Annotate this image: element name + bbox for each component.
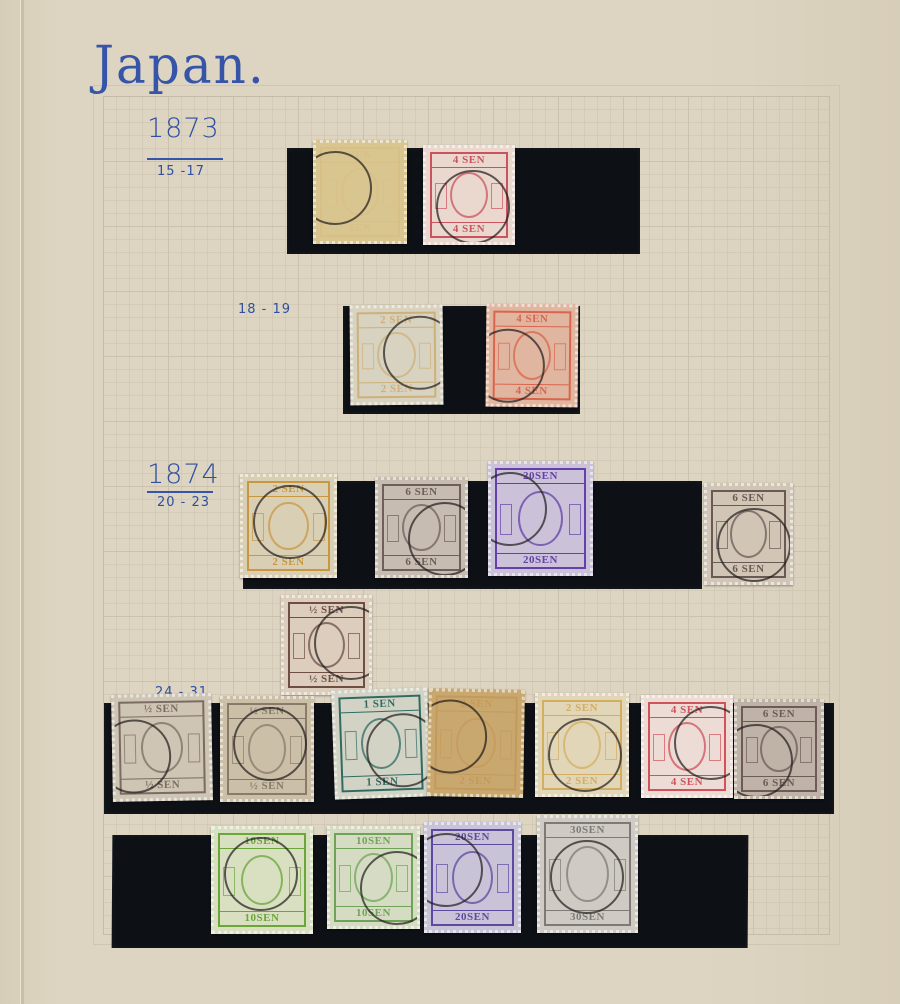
stamp-design: ½ SEN½ SEN [118, 700, 206, 794]
stamp-center-oval [241, 855, 284, 906]
stamp-design: 2 SEN2 SEN [357, 312, 437, 399]
stamp-denomination: 4 SEN [432, 222, 506, 236]
stamp: 10SEN10SEN [211, 826, 313, 934]
stamp-side-panel [605, 732, 617, 760]
stamp-design: 6 SEN6 SEN [711, 490, 786, 578]
stamp: 10SEN10SEN [327, 826, 420, 929]
stamp-denomination: 2 SEN [249, 483, 328, 497]
stamp-side-panel [497, 864, 509, 894]
stamp-side-panel [569, 504, 581, 535]
stamp: 20SEN20SEN [424, 822, 521, 933]
stamp-side-panel [345, 731, 358, 761]
stamp: 2 SEN2 SEN [350, 305, 444, 406]
stamp-design: 1 SEN1 SEN [338, 695, 423, 793]
stamp-denomination: 2 SEN [544, 774, 620, 788]
stamp-design: 2 SEN2 SEN [247, 481, 330, 571]
stamp-denomination: 1 SEN [340, 697, 418, 714]
stamp-denomination: 20SEN [433, 910, 512, 924]
stamp-denomination: 6 SEN [384, 486, 459, 500]
stamp-denomination: 2 SEN [436, 773, 514, 788]
stamp: 4 SEN4 SEN [486, 304, 579, 408]
stamp-denomination: ½ SEN [229, 779, 305, 793]
stamp-side-panel [435, 183, 447, 210]
stamp-center-oval [566, 846, 608, 902]
stamp-denomination: 4 SEN [495, 313, 569, 328]
stamp-side-panel [339, 865, 351, 893]
stamp-design: ½ SEN½ SEN [227, 703, 307, 795]
stamp-denomination: 20SEN [497, 470, 584, 484]
stamp-design: 10SEN10SEN [334, 833, 413, 922]
stamp: SENSEN [313, 140, 407, 244]
stamp-center-oval [760, 726, 797, 773]
stamp-denomination: 2 SEN [359, 382, 434, 397]
stamp-side-panel [289, 867, 301, 896]
stamp-denomination: 20SEN [497, 553, 584, 567]
stamp-denomination: 4 SEN [495, 384, 569, 399]
stamp-design: 10SEN10SEN [218, 833, 306, 927]
stamp-center-oval [402, 504, 441, 551]
stamp-side-panel [290, 736, 302, 764]
stamp: 20SEN20SEN [488, 461, 593, 576]
stamp-side-panel [252, 513, 264, 541]
stamp-side-panel [746, 737, 758, 764]
stamp-side-panel [800, 737, 812, 764]
stamp-side-panel [500, 504, 512, 535]
stamp: 1 SEN1 SEN [331, 687, 431, 799]
stamp-side-panel [653, 734, 665, 762]
stamp-design: 4 SEN4 SEN [493, 311, 572, 401]
stamp-side-panel [325, 179, 337, 207]
stamp-side-panel [498, 342, 510, 370]
stamp: 4 SEN4 SEN [641, 695, 733, 798]
section-year-1874: 1874 [147, 459, 220, 490]
stamp-design: 20SEN20SEN [495, 468, 586, 569]
catalogue-range: 20 - 23 [157, 495, 210, 510]
stamp-denomination: 30SEN [546, 824, 629, 838]
stamp-center-oval [341, 168, 380, 217]
stamp-side-panel [444, 515, 456, 542]
stamp-denomination: 4 SEN [432, 154, 506, 168]
stamp-center-oval [308, 622, 346, 669]
stamp-denomination: 2 SEN [249, 555, 328, 569]
stamp-side-panel [716, 521, 728, 548]
stamp-side-panel [362, 343, 374, 370]
stamp: 6 SEN6 SEN [375, 477, 468, 578]
stamp-denomination: 6 SEN [384, 555, 459, 569]
stamp-denomination: 6 SEN [743, 708, 815, 722]
stamp-center-oval [354, 853, 393, 901]
stamp: 2 SEN2 SEN [535, 693, 629, 797]
stamp-denomination: 10SEN [336, 906, 411, 920]
stamp: 6 SEN6 SEN [734, 699, 824, 799]
stamp-center-oval [450, 172, 488, 219]
stamp-design: 4 SEN4 SEN [430, 152, 508, 238]
stamp-center-oval [360, 717, 402, 770]
stamp-center-oval [518, 491, 562, 545]
stamp: 6 SEN6 SEN [704, 483, 793, 585]
stamp-center-oval [248, 724, 287, 774]
stamp-denomination: 2 SEN [438, 697, 516, 712]
stamp: 2 SEN2 SEN [240, 474, 337, 578]
stamp: ½ SEN½ SEN [220, 696, 314, 802]
stamp-denomination: 20SEN [433, 831, 512, 845]
stamp-design: SENSEN [320, 147, 400, 237]
stamp-denomination: 10SEN [220, 835, 304, 849]
stamp-side-panel [293, 633, 305, 660]
stamp-center-oval [141, 722, 184, 773]
stamp-design: 2 SEN2 SEN [542, 700, 622, 790]
stamp-denomination: SEN [322, 149, 398, 163]
stamp-center-oval [377, 332, 416, 379]
stamp-denomination: ½ SEN [122, 777, 204, 792]
stamp-center-oval [456, 717, 497, 768]
stamp-side-panel [419, 342, 431, 369]
stamp-denomination: 10SEN [220, 911, 304, 925]
stamp-side-panel [405, 729, 418, 759]
stamp-side-panel [549, 859, 561, 891]
stamp-side-panel [614, 859, 626, 891]
stamp-side-panel [554, 343, 566, 371]
page-hinge [20, 0, 24, 1004]
year-underline [147, 158, 223, 160]
stamp: 2 SEN2 SEN [427, 688, 525, 798]
stamp-center-oval [563, 721, 602, 770]
stamp-side-panel [436, 864, 448, 894]
catalogue-range: 18 - 19 [238, 302, 291, 317]
stamp-design: 2 SEN2 SEN [434, 695, 518, 790]
stamp-design: ½ SEN½ SEN [288, 602, 365, 688]
stamp-center-oval [268, 502, 308, 551]
stamp-side-panel [440, 729, 453, 758]
stamp-side-panel [348, 633, 360, 660]
stamp-side-panel [396, 865, 408, 893]
stamp-design: 20SEN20SEN [431, 829, 514, 926]
stamp-denomination: ½ SEN [290, 672, 363, 686]
stamp-denomination: 4 SEN [650, 704, 724, 718]
stamp-side-panel [124, 735, 136, 764]
stamp-side-panel [383, 179, 395, 207]
page-title: Japan. [94, 35, 266, 96]
stamp-denomination: 2 SEN [359, 314, 434, 329]
stamp: ½ SEN½ SEN [281, 595, 372, 695]
stamp-denomination: 6 SEN [743, 776, 815, 790]
catalogue-range: 15 -17 [157, 164, 205, 179]
stamp-denomination: ½ SEN [120, 702, 202, 717]
stamp-design: 30SEN30SEN [544, 822, 631, 926]
stamp-side-panel [547, 732, 559, 760]
album-page: Japan. 1873 15 -17 18 - 19 1874 20 - 23 … [0, 0, 900, 1004]
stamp-denomination: 6 SEN [713, 562, 784, 576]
stamp-side-panel [223, 867, 235, 896]
stamp-denomination: 1 SEN [343, 774, 421, 791]
stamp-center-oval [730, 510, 767, 558]
stamp-side-panel [491, 183, 503, 210]
stamp-denomination: SEN [322, 221, 398, 235]
stamp-side-panel [232, 736, 244, 764]
stamp-side-panel [709, 734, 721, 762]
stamp-denomination: 6 SEN [713, 492, 784, 506]
stamp-side-panel [769, 521, 781, 548]
section-year-1873: 1873 [147, 113, 220, 144]
stamp-side-panel [500, 730, 513, 759]
stamp-design: 6 SEN6 SEN [382, 484, 461, 571]
stamp-side-panel [188, 733, 200, 762]
stamp-side-panel [387, 515, 399, 542]
stamp-denomination: ½ SEN [229, 705, 305, 719]
stamp-design: 4 SEN4 SEN [648, 702, 726, 791]
stamp-denomination: 4 SEN [650, 775, 724, 789]
stamp-denomination: 30SEN [546, 910, 629, 924]
stamp-center-oval [513, 331, 551, 380]
stamp-center-oval [668, 722, 706, 770]
stamp-design: 6 SEN6 SEN [741, 706, 817, 792]
stamp: ½ SEN½ SEN [111, 693, 213, 802]
stamp: 4 SEN4 SEN [423, 145, 515, 245]
year-underline [147, 491, 213, 493]
stamp-denomination: 2 SEN [544, 702, 620, 716]
stamp-denomination: ½ SEN [290, 604, 363, 618]
stamp: 30SEN30SEN [537, 815, 638, 933]
stamp-denomination: 10SEN [336, 835, 411, 849]
stamp-center-oval [452, 851, 492, 903]
stamp-side-panel [313, 513, 325, 541]
